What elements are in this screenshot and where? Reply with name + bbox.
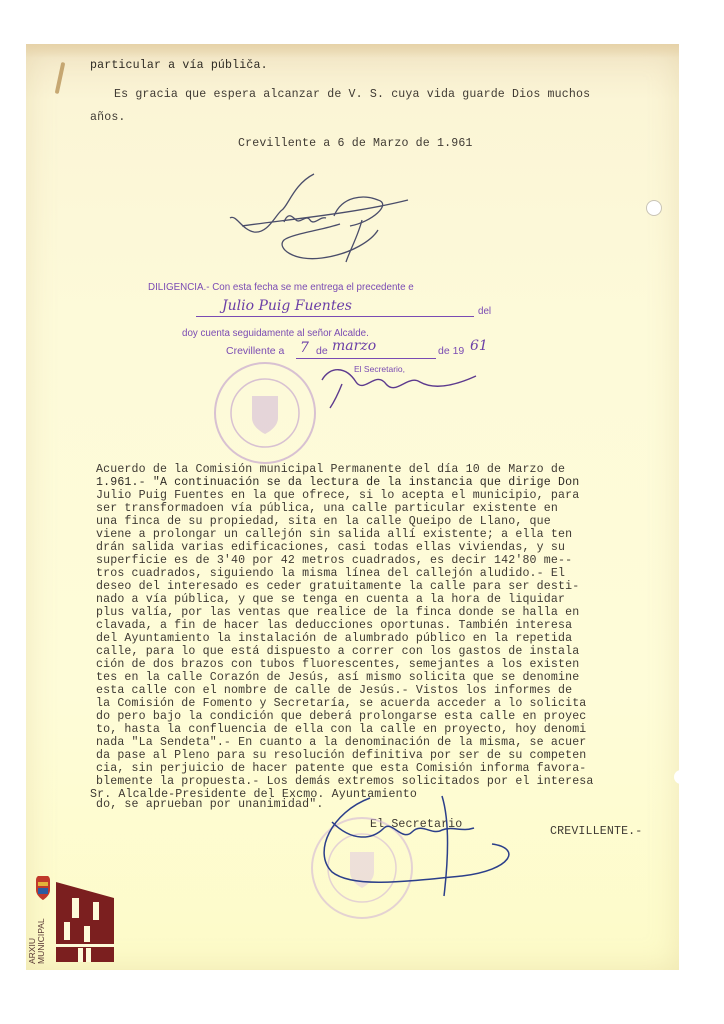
stamp-date-underline [296,358,436,359]
stamp-del: del [478,306,491,317]
secretary-signature-stamp [316,362,486,412]
body-line: do, se aprueban por unanimidad". [96,797,323,812]
punch-hole [646,200,662,216]
signature-julio-puig [222,170,412,270]
stamp-underline [196,316,474,317]
paper-edge-stain [26,44,679,58]
stamp-line-1: DILIGENCIA.- Con esta fecha se me entreg… [148,282,414,293]
municipal-seal [212,360,318,466]
archive-logo-text: ARXIU MUNICIPAL [28,918,46,964]
stamp-place: Crevillente a [226,345,284,357]
handwritten-month: marzo [332,338,376,354]
handwritten-day: 7 [300,340,309,356]
archive-logo-line2: MUNICIPAL [36,918,46,964]
stamp-de: de [316,345,328,357]
arxiu-municipal-logo: ARXIU MUNICIPAL [30,876,116,967]
date-line: Crevillente a 6 de Marzo de 1.961 [238,136,473,151]
text-line: años. [90,110,126,125]
ink-smudge [55,62,66,94]
handwritten-name: Julio Puig Fuentes [222,298,352,314]
text-line: particular a vía públiča. [90,58,268,73]
text-line: Es gracia que espera alcanzar de V. S. c… [114,87,590,102]
document-page: particular a vía públiča. Es gracia que … [26,44,679,970]
stamp-year-prefix: de 19 [438,345,464,357]
punch-hole [674,770,688,784]
secretary-signature [292,792,532,902]
closing-place: CREVILLENTE.- [550,824,642,839]
handwritten-year: 61 [470,338,488,354]
